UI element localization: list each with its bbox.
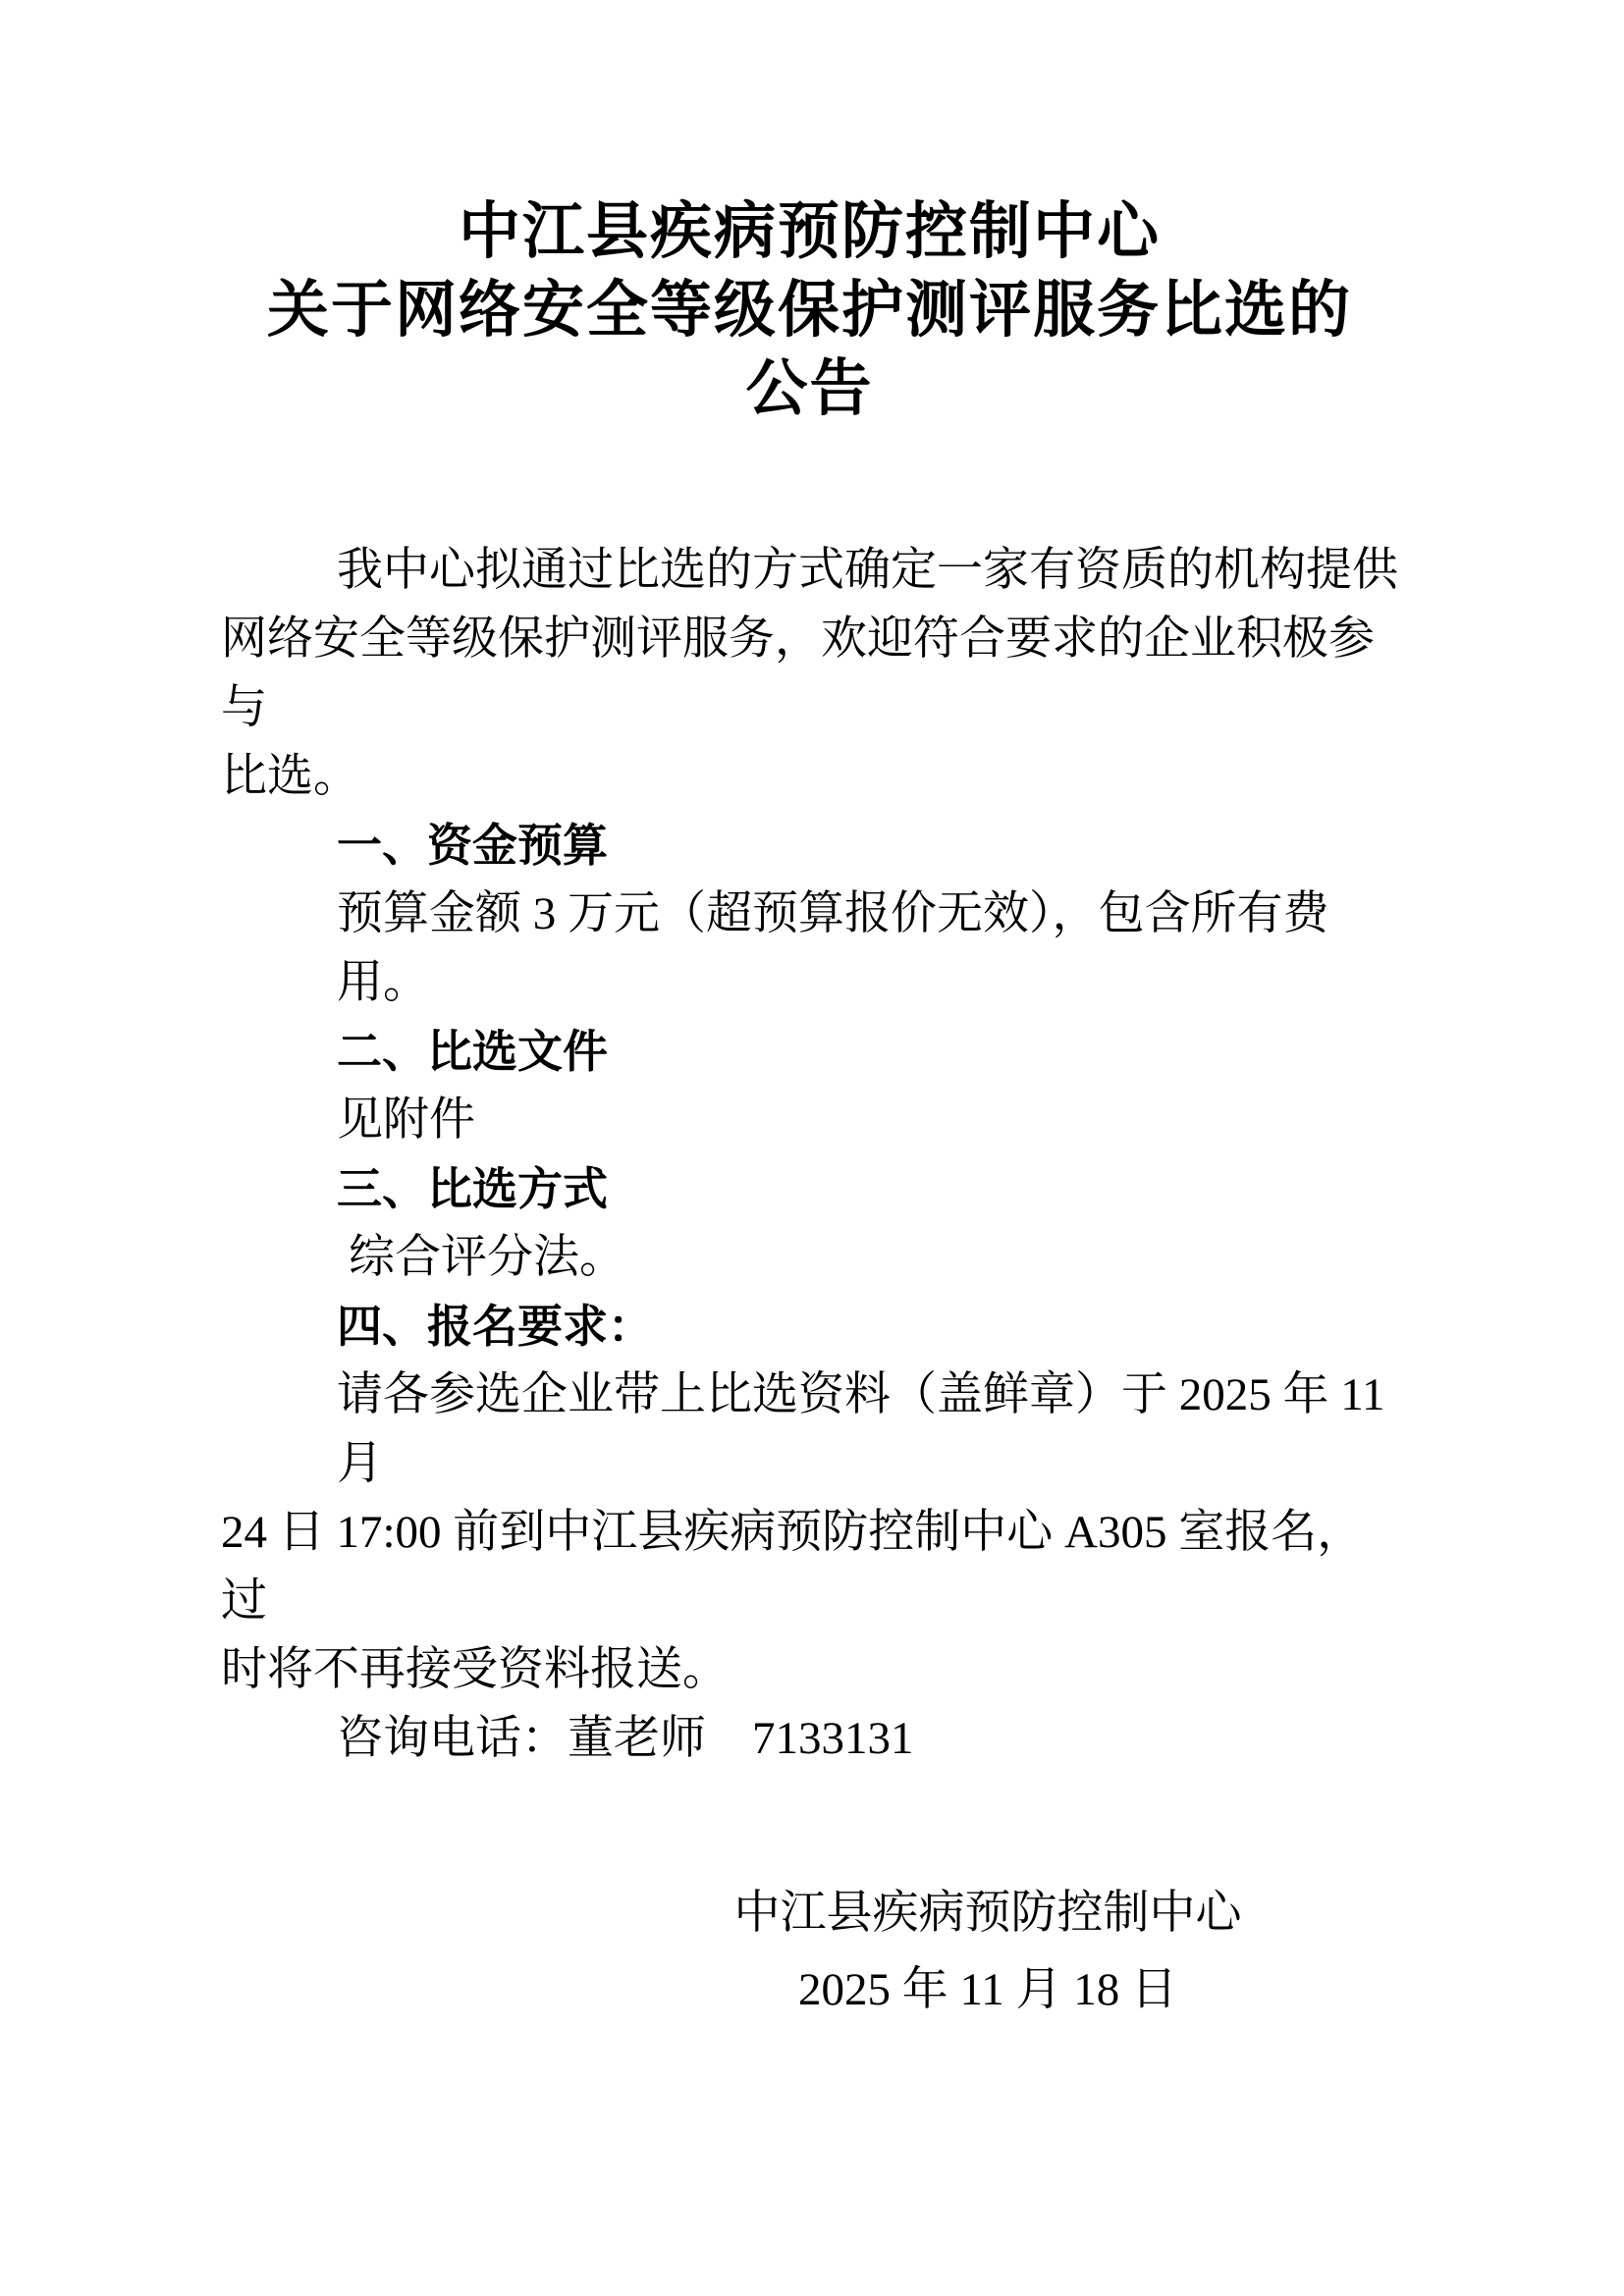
section-4-line-1: 请各参选企业带上比选资料（盖鲜章）于 2025 年 11 月: [221, 1361, 1398, 1498]
signature-date: 2025 年 11 月 18 日: [732, 1951, 1243, 2028]
document-title: 中江县疾病预防控制中心 关于网络安全等级保护测评服务比选的 公告: [221, 192, 1398, 428]
title-line-1: 中江县疾病预防控制中心: [221, 192, 1398, 271]
section-3-line-1: 综合评分法。: [221, 1223, 1398, 1292]
section-4-line-3: 时将不再接受资料报送。: [221, 1635, 1398, 1704]
intro-line-2: 网络安全等级保护测评服务，欢迎符合要求的企业积极参与: [221, 605, 1398, 742]
section-3-heading: 三、比选方式: [221, 1154, 1398, 1223]
section-2-heading: 二、比选文件: [221, 1017, 1398, 1086]
section-1-heading: 一、资金预算: [221, 811, 1398, 880]
closing-block: 中江县疾病预防控制中心 2025 年 11 月 18 日: [732, 1875, 1243, 2028]
title-line-2: 关于网络安全等级保护测评服务比选的: [221, 271, 1398, 349]
section-4-heading: 四、报名要求：: [221, 1292, 1398, 1361]
intro-line-3: 比选。: [221, 742, 1398, 811]
section-1-line-1: 预算金额 3 万元（超预算报价无效），包含所有费用。: [221, 880, 1398, 1017]
section-4-line-2: 24 日 17:00 前到中江县疾病预防控制中心 A305 室报名，过: [221, 1498, 1398, 1635]
intro-line-1: 我中心拟通过比选的方式确定一家有资质的机构提供: [221, 536, 1398, 605]
signature-org: 中江县疾病预防控制中心: [732, 1875, 1243, 1951]
document-body: 我中心拟通过比选的方式确定一家有资质的机构提供 网络安全等级保护测评服务，欢迎符…: [221, 536, 1398, 1773]
title-line-3: 公告: [221, 349, 1398, 428]
document-content: 中江县疾病预防控制中心 关于网络安全等级保护测评服务比选的 公告 我中心拟通过比…: [0, 192, 1624, 2028]
document-page: 中江县疾病预防控制中心 关于网络安全等级保护测评服务比选的 公告 我中心拟通过比…: [0, 0, 1624, 2296]
section-2-line-1: 见附件: [221, 1086, 1398, 1154]
contact-phone-line: 咨询电话：董老师 7133131: [221, 1704, 1398, 1773]
